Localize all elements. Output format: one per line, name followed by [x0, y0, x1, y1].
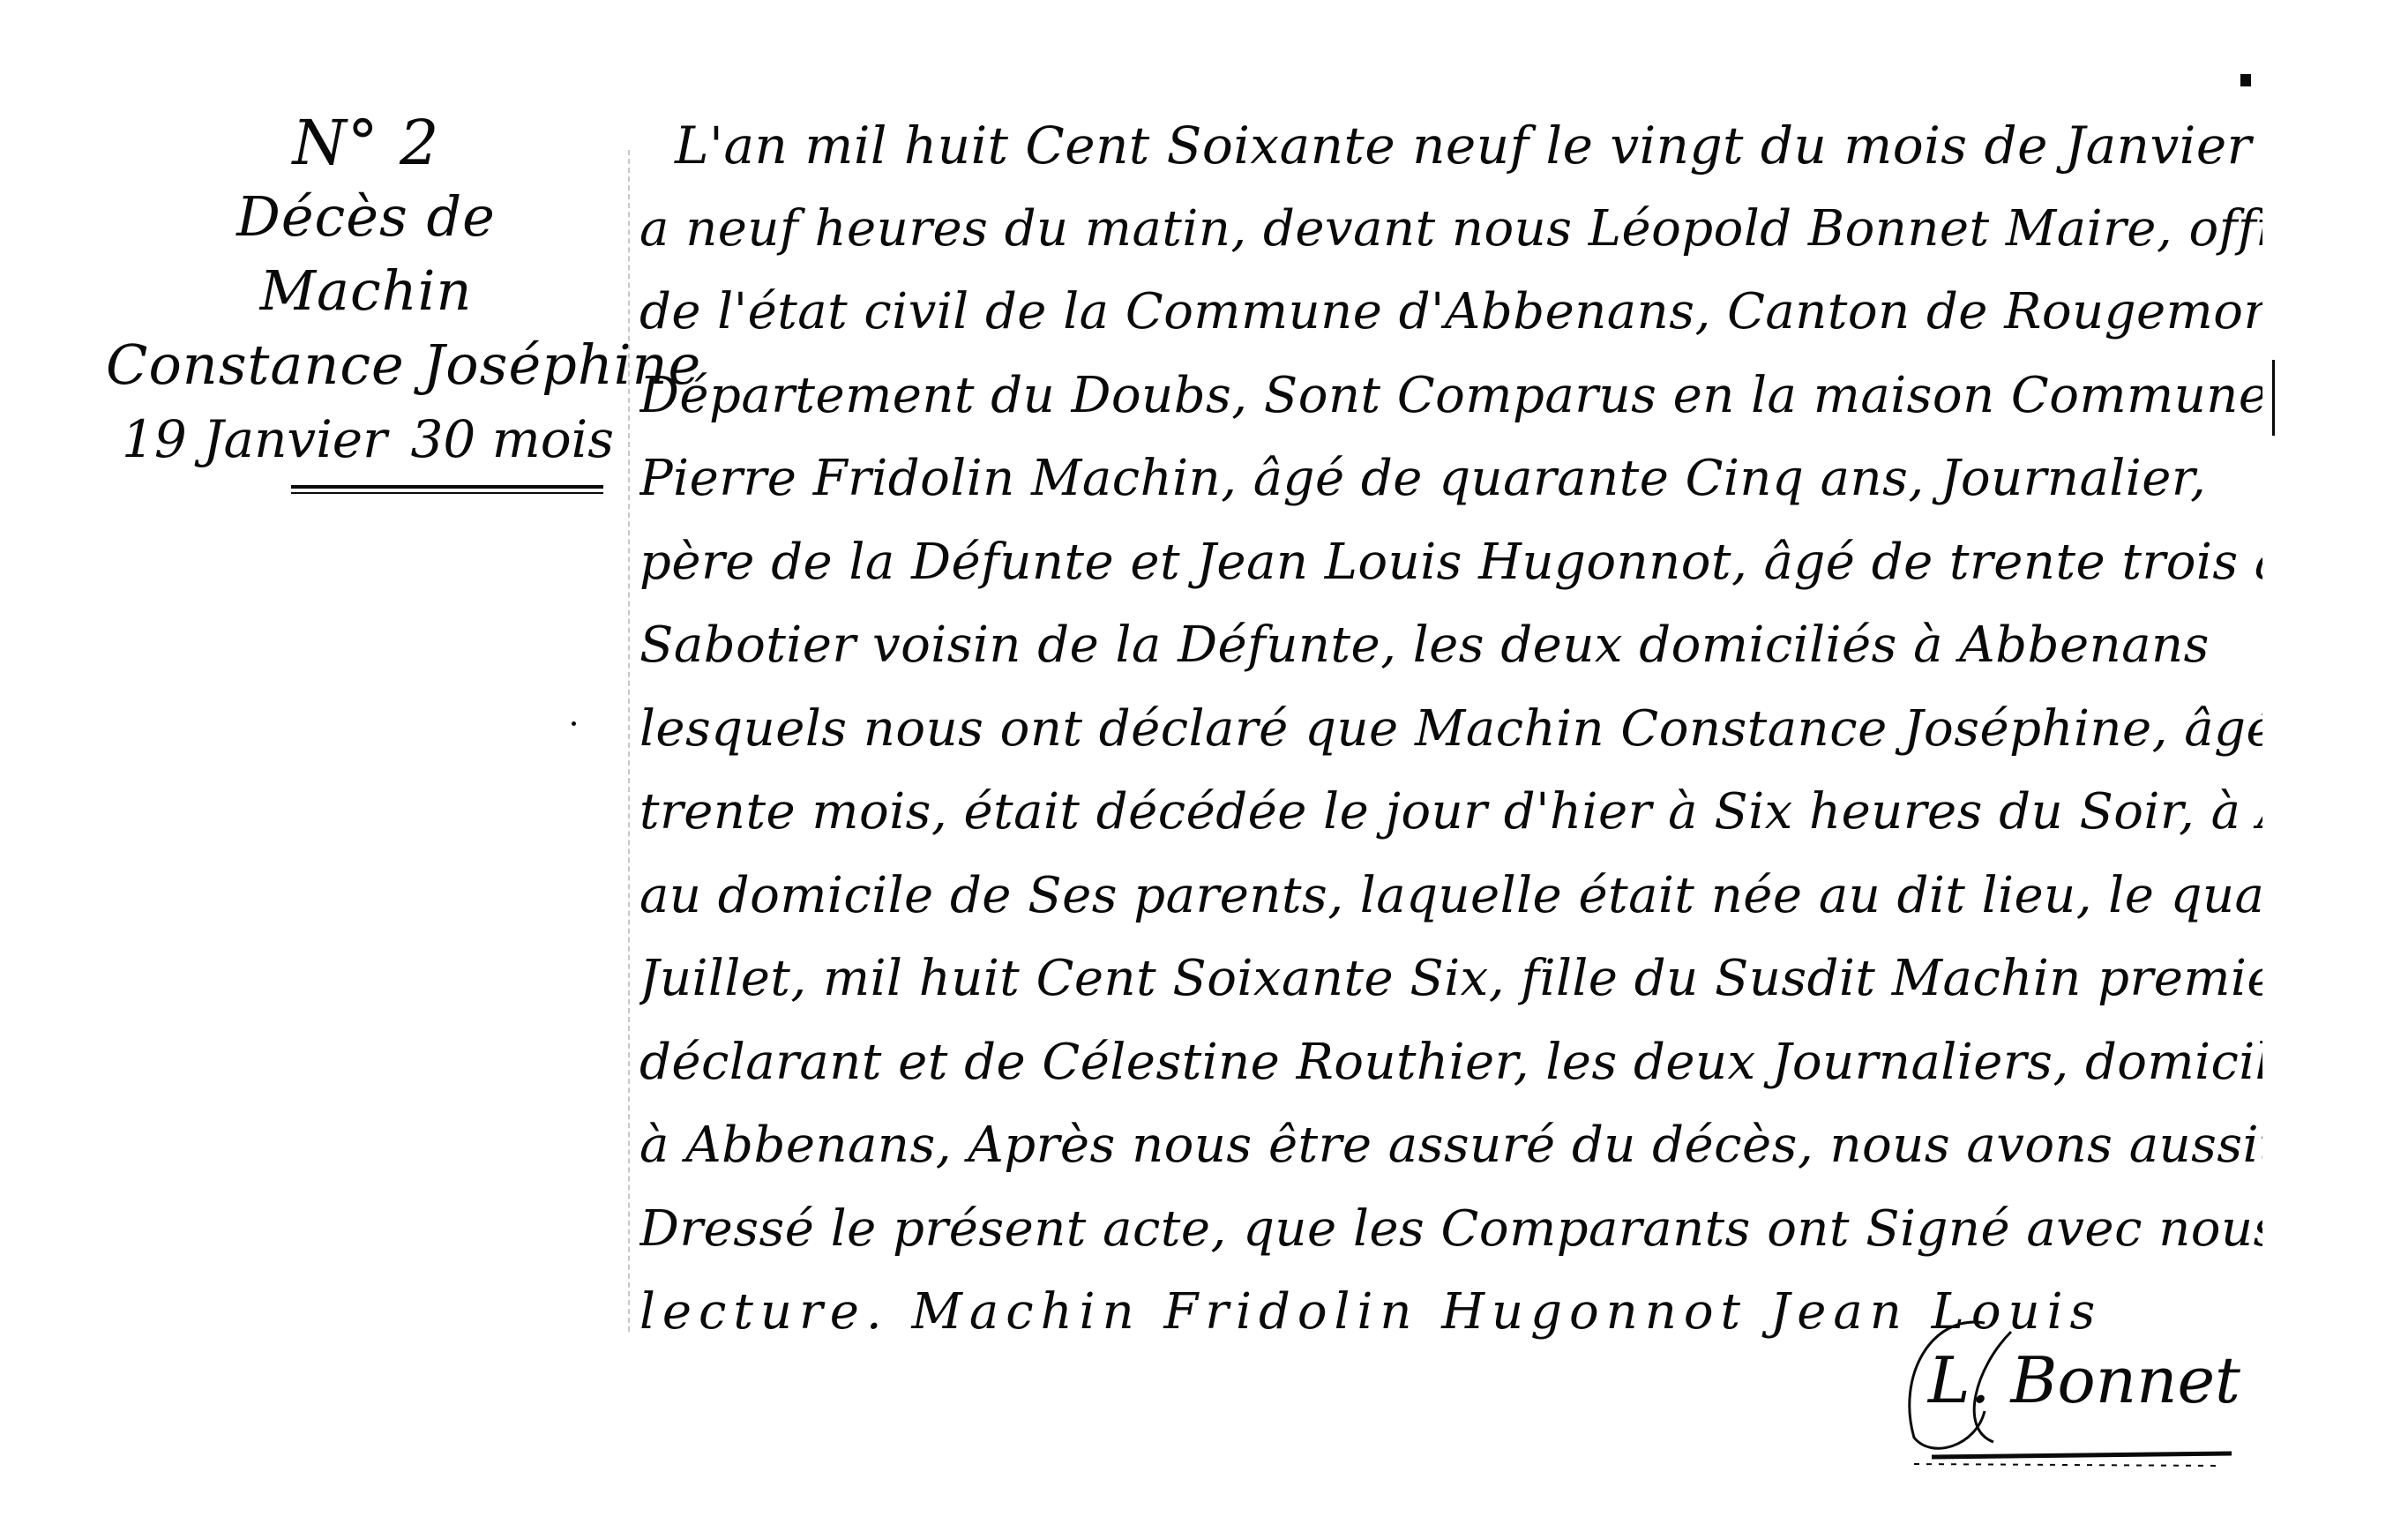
body-line: lesquels nous ont déclaré que Machin Con…: [639, 688, 2262, 772]
body-line: Dressé le présent acte, que les Comparan…: [639, 1188, 2262, 1272]
death-date: 19 Janvier: [122, 402, 387, 476]
ink-dot: [572, 721, 576, 726]
body-line: Département du Doubs, Sont Comparus en l…: [639, 355, 2262, 438]
margin-underline: [291, 485, 603, 494]
deceased-surname: Machin: [106, 254, 626, 328]
signature-text: L. Bonnet: [1928, 1341, 2240, 1420]
body-line: a neuf heures du matin, devant nous Léop…: [639, 188, 2262, 272]
body-line: de l'état civil de la Commune d'Abbenans…: [639, 271, 2262, 355]
page-edge-tick: [2272, 360, 2275, 436]
body-line: Pierre Fridolin Machin, âgé de quarante …: [639, 437, 2262, 521]
body-line: L'an mil huit Cent Soixante neuf le ving…: [639, 104, 2262, 188]
body-line: à Abbenans, Après nous être assuré du dé…: [639, 1104, 2262, 1188]
mayor-signature: L. Bonnet: [1879, 1305, 2258, 1473]
record-number: N° 2: [106, 106, 626, 180]
record-body: L'an mil huit Cent Soixante neuf le ving…: [639, 104, 2262, 1355]
document-page: N° 2 Décès de Machin Constance Joséphine…: [0, 0, 2408, 1539]
date-age-row: 19 Janvier 30 mois: [106, 402, 626, 476]
body-line: trente mois, était décédée le jour d'hie…: [639, 771, 2262, 855]
body-margin-rule: [628, 150, 630, 1332]
margin-annotation: N° 2 Décès de Machin Constance Joséphine…: [106, 106, 626, 494]
body-line: père de la Défunte et Jean Louis Hugonno…: [639, 521, 2262, 605]
body-line: Sabotier voisin de la Défunte, les deux …: [639, 604, 2262, 688]
body-line: déclarant et de Célestine Routhier, les …: [639, 1021, 2262, 1105]
deceased-given-names: Constance Joséphine: [106, 328, 626, 402]
ink-mark: [2240, 74, 2251, 86]
record-title: Décès de: [106, 180, 626, 254]
body-line: au domicile de Ses parents, laquelle éta…: [639, 855, 2262, 938]
body-line: Juillet, mil huit Cent Soixante Six, fil…: [639, 938, 2262, 1021]
deceased-age: 30 mois: [411, 402, 614, 476]
